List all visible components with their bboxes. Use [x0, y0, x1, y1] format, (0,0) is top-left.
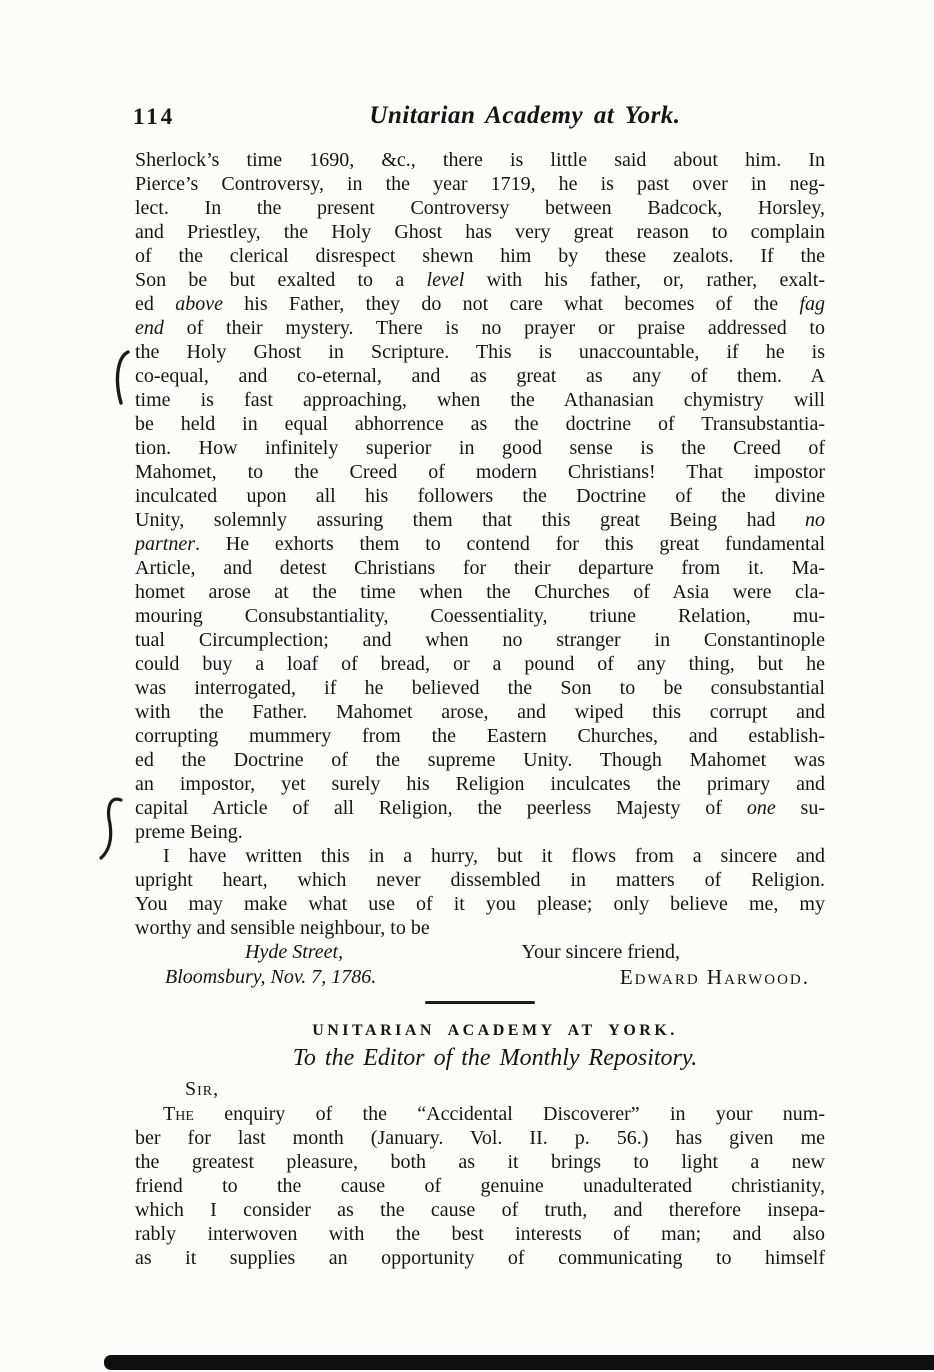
section-subheading: To the Editor of the Monthly Repository.	[150, 1043, 840, 1073]
text-line: the Holy Ghost in Scripture. This is una…	[135, 340, 825, 364]
text-line: corrupting mummery from the Eastern Chur…	[135, 724, 825, 748]
text-line: Unity, solemnly assuring them that this …	[135, 508, 825, 532]
section-heading: UNITARIAN ACADEMY AT YORK.	[150, 1020, 840, 1042]
scan-edge-shadow	[104, 1355, 934, 1370]
closing-valediction: Your sincere friend,	[522, 940, 681, 965]
text-line: end of their mystery. There is no prayer…	[135, 316, 825, 340]
text-line: partner. He exhorts them to contend for …	[135, 532, 825, 556]
text-line: tion. How infinitely superior in good se…	[135, 436, 825, 460]
text-line: rably interwoven with the best interests…	[135, 1222, 825, 1246]
text-line: Sherlock’s time 1690, &c., there is litt…	[135, 148, 825, 172]
letter-body: Sherlock’s time 1690, &c., there is litt…	[135, 148, 825, 990]
text-line: the greatest pleasure, both as it brings…	[135, 1150, 825, 1174]
text-line: lect. In the present Controversy between…	[135, 196, 825, 220]
text-line: ber for last month (January. Vol. II. p.…	[135, 1126, 825, 1150]
closing-row: Bloomsbury, Nov. 7, 1786. Edward Harwood…	[135, 965, 825, 990]
text-line: inculcated upon all his followers the Do…	[135, 484, 825, 508]
running-title: Unitarian Academy at York.	[300, 99, 750, 133]
closing-row: Hyde Street, Your sincere friend,	[135, 940, 825, 965]
text-line: friend to the cause of genuine unadulter…	[135, 1174, 825, 1198]
handwritten-bracket-mark	[95, 796, 125, 862]
text-line: Article, and detest Christians for their…	[135, 556, 825, 580]
text-line: tual Circumplection; and when no strange…	[135, 628, 825, 652]
text-line: ed the Doctrine of the supreme Unity. Th…	[135, 748, 825, 772]
text-line: capital Article of all Religion, the pee…	[135, 796, 825, 820]
text-line: mouring Consubstantiality, Coessentialit…	[135, 604, 825, 628]
text-line: worthy and sensible neighbour, to be	[135, 916, 825, 940]
section-divider-rule	[425, 1001, 535, 1004]
text-line: with the Father. Mahomet arose, and wipe…	[135, 700, 825, 724]
text-line: be held in equal abhorrence as the doctr…	[135, 412, 825, 436]
text-line: of the clerical disrespect shewn him by …	[135, 244, 825, 268]
text-line: time is fast approaching, when the Athan…	[135, 388, 825, 412]
text-line: preme Being.	[135, 820, 825, 844]
text-line: Pierce’s Controversy, in the year 1719, …	[135, 172, 825, 196]
text-line: as it supplies an opportunity of communi…	[135, 1246, 825, 1270]
closing-date: Bloomsbury, Nov. 7, 1786.	[165, 965, 376, 990]
text-line: homet arose at the time when the Churche…	[135, 580, 825, 604]
page-number: 114	[133, 102, 175, 132]
letter-salutation: Sir,	[185, 1077, 219, 1101]
text-line: which I consider as the cause of truth, …	[135, 1198, 825, 1222]
text-line: an impostor, yet surely his Religion inc…	[135, 772, 825, 796]
closing-place: Hyde Street,	[245, 940, 343, 965]
scanned-book-page: 114 Unitarian Academy at York. Sherlock’…	[0, 0, 934, 1372]
letter-paragraph: I have written this in a hurry, but it f…	[135, 844, 825, 940]
handwritten-bracket-mark	[109, 350, 133, 406]
text-line: ed above his Father, they do not care wh…	[135, 292, 825, 316]
text-line: and Priestley, the Holy Ghost has very g…	[135, 220, 825, 244]
letter-paragraph: The enquiry of the “Accidental Discovere…	[135, 1102, 825, 1270]
closing-signature: Edward Harwood.	[620, 965, 810, 990]
text-line: Son be but exalted to a level with his f…	[135, 268, 825, 292]
text-line: Mahomet, to the Creed of modern Christia…	[135, 460, 825, 484]
text-line: could buy a loaf of bread, or a pound of…	[135, 652, 825, 676]
text-line: co-equal, and co-eternal, and as great a…	[135, 364, 825, 388]
text-line: You may make what use of it you please; …	[135, 892, 825, 916]
letter-body: The enquiry of the “Accidental Discovere…	[135, 1102, 825, 1270]
text-line: The enquiry of the “Accidental Discovere…	[135, 1102, 825, 1126]
text-line: was interrogated, if he believed the Son…	[135, 676, 825, 700]
text-line: upright heart, which never dissembled in…	[135, 868, 825, 892]
letter-paragraph: Sherlock’s time 1690, &c., there is litt…	[135, 148, 825, 844]
text-line: I have written this in a hurry, but it f…	[135, 844, 825, 868]
